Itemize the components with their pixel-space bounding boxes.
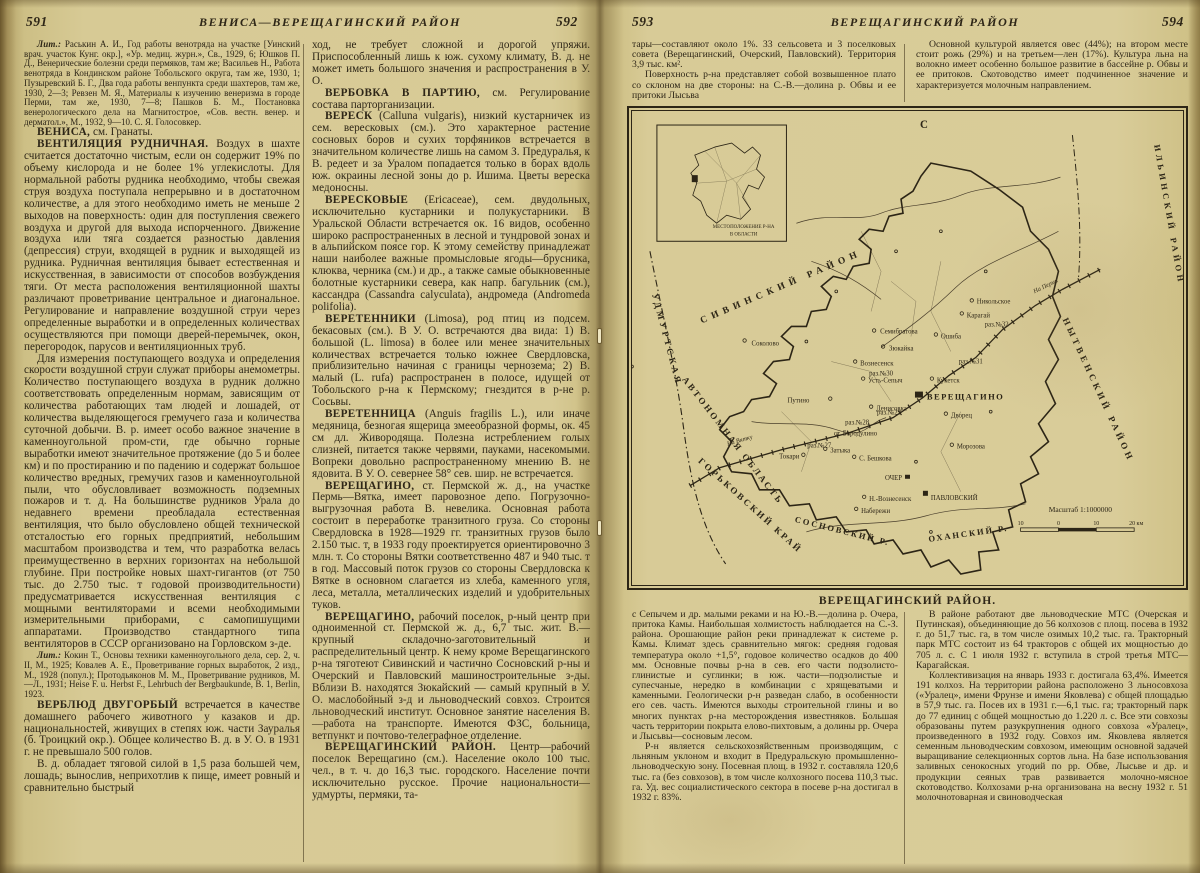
scale-label: Масштаб 1:1000000 [1049, 505, 1113, 514]
inset-map: МЕСТОПОЛОЖЕНИЕ Р-НА В ОБЛАСТИ [657, 125, 787, 241]
column-number-591: 591 [26, 14, 48, 30]
station-marker-vereshchagino [915, 392, 923, 398]
column-number-593: 593 [632, 14, 654, 30]
map-label-settlement: Усть-Сепыч [868, 378, 903, 385]
paragraph-literature: Лит.: Раськин А. И., Год работы венотряд… [24, 40, 300, 127]
entry-vereshchagino-station: ВЕРЕЩАГИНО, ст. Пермской ж. д., на участ… [312, 481, 590, 612]
map-label-settlement: Семибратова [880, 328, 918, 335]
map-label-settlement: ОЧЕР [885, 475, 902, 482]
entry-veretennitsa: ВЕРЕТЕННИЦА (Anguis fragilis L.), или ин… [312, 409, 590, 480]
map-label-settlement: Токари [779, 454, 800, 461]
page-edge-left [0, 0, 16, 873]
paragraph-literature: Лит.: Кокин Т., Основы техники каменноуг… [24, 651, 300, 700]
map-label-settlement: Соколово [752, 340, 780, 347]
map-label-settlement: Кукетск [937, 378, 961, 385]
map-label-siding: раз.№31 [959, 359, 983, 366]
inset-caption: В ОБЛАСТИ [730, 232, 758, 237]
page-edge-top [0, 0, 1200, 8]
entry-vereshchagino-settlement: ВЕРЕЩАГИНО, рабочий поселок, р-ный центр… [312, 612, 590, 743]
map-label-settlement: Путино [788, 398, 810, 405]
entry-vereskovye: ВЕРЕСКОВЫЕ (Ericaceae), сем. двудольных,… [312, 195, 590, 314]
map-label-settlement: Дворец [951, 413, 973, 420]
map-inner-frame: С [631, 110, 1184, 586]
paragraph: Коллективизация на январь 1933 г. достиг… [916, 671, 1188, 803]
map-label-settlement: ВЕРЕЩАГИНО [927, 392, 1004, 402]
north-indicator: С [920, 119, 928, 131]
paragraph-continuation: с Сепычем и др. малыми реками и на Ю.-В.… [632, 610, 898, 742]
map-label-siding: раз.№28 [845, 420, 870, 427]
column-divider [303, 44, 304, 862]
paragraph: В. д. обладает тяговой силой в 1,5 раза … [24, 759, 300, 795]
map-label-settlement: ст. Бородулино [834, 431, 878, 438]
column-divider [904, 44, 905, 102]
map-label-settlement: Набережи [861, 508, 890, 515]
map-caption: ВЕРЕЩАГИНСКИЙ РАЙОН. [627, 595, 1188, 607]
map-label-settlement: С. Бешкова [859, 456, 891, 463]
column-divider [904, 612, 905, 864]
page-header-title-left: ВЕНИСА—ВЕРЕЩАГИНСКИЙ РАЙОН [120, 15, 540, 30]
page-header-title-right: ВЕРЕЩАГИНСКИЙ РАЙОН [760, 15, 1090, 30]
scale-tick: 10 [1018, 521, 1024, 527]
scale-bar: Масштаб 1:1000000 10 0 10 20 км [1018, 505, 1144, 532]
map-label-siding: раз.№32 [985, 321, 1010, 328]
scale-tick: 10 [1093, 521, 1099, 527]
column-594-bottom: В районе работают две льноводческие МТС … [916, 610, 1188, 868]
entry-veretenniki: ВЕРЕТЕННИКИ (Limosa), род птиц из подсем… [312, 314, 590, 409]
map-label-region: ОХАНСКИЙ Р. [928, 523, 1009, 544]
column-592: ход, не требует сложной и дорогой упряжи… [312, 40, 590, 866]
region-boundary-line [1072, 135, 1079, 279]
paragraph: Для измерения поступающего воздуха и опр… [24, 354, 300, 652]
map-label-settlement: Н.-Вознесенск [869, 496, 912, 503]
scale-tick: 20 км [1129, 521, 1143, 527]
paragraph: В районе работают две льноводческие МТС … [916, 610, 1188, 671]
map-label-siding: раз.№30 [869, 371, 894, 378]
paragraph: Поверхность р-на представляет собой возв… [632, 70, 896, 100]
column-593-bottom: с Сепычем и др. малыми реками и на Ю.-В.… [632, 610, 898, 868]
scale-tick: 0 [1057, 521, 1060, 527]
map-label-siding: раз.№27 [807, 443, 832, 450]
map-label-region: УДМУРТСКАЯ [650, 292, 684, 386]
map-label-settlement: ПАВЛОВСКИЙ [931, 494, 978, 502]
column-number-594: 594 [1162, 14, 1184, 30]
column-number-592: 592 [556, 14, 578, 30]
map-label-region: НЫТВЕНСКИЙ РАЙОН [1061, 316, 1137, 464]
map-label-region: СОСНОВСКИЙ Р. [794, 514, 891, 547]
column-594-top: Основной культурой является овес (44%); … [916, 40, 1188, 104]
map-label-settlement: Морозова [957, 444, 985, 451]
entry-veresk: ВЕРЕСК (Calluna vulgaris), низкий кустар… [312, 111, 590, 194]
column-591: Лит.: Раськин А. И., Год работы венотряд… [24, 40, 300, 866]
column-593-top: тары—составляют около 1%. 33 сельсовета … [632, 40, 896, 104]
inset-caption: МЕСТОПОЛОЖЕНИЕ Р-НА [713, 225, 775, 230]
map-label-settlement: Вознесенск [860, 361, 894, 368]
entry-verbovka-v-partiyu: ВЕРБОВКА В ПАРТИЮ, см. Регулирование сос… [312, 88, 590, 112]
binding-stitch [597, 328, 602, 344]
district-map: С [632, 111, 1183, 585]
map-label-settlement: Зюкайка [889, 345, 913, 352]
page-edge-right [1188, 0, 1200, 873]
map-label-settlement: Затыка [830, 448, 850, 455]
paragraph-continuation: ход, не требует сложной и дорогой упряжи… [312, 40, 590, 88]
entry-ventilyaciya-rudnichnaya: ВЕНТИЛЯЦИЯ РУДНИЧНАЯ. Воздух в шахте счи… [24, 139, 300, 353]
binding-stitch [597, 520, 602, 536]
paragraph: Основной культурой является овес (44%); … [916, 40, 1188, 91]
district-map-figure: С [627, 106, 1188, 590]
entry-vereshchaginsky-rayon: ВЕРЕЩАГИНСКИЙ РАЙОН. Центр—рабочий посел… [312, 742, 590, 802]
map-label-settlement: Карагай [967, 312, 991, 319]
map-label-region: СИВИНСКИЙ РАЙОН [698, 247, 863, 327]
paragraph: Р-н является сельскохозяйственным произв… [632, 742, 898, 803]
map-label-settlement: Ошиба [941, 333, 961, 340]
entry-verblyud-dvugorbyj: ВЕРБЛЮД ДВУГОРБЫЙ встречается в качестве… [24, 700, 300, 760]
map-label-settlement: Никольское [977, 298, 1011, 305]
book-spread: 591 ВЕНИСА—ВЕРЕЩАГИНСКИЙ РАЙОН 592 Лит.:… [0, 0, 1200, 873]
paragraph-continuation: тары—составляют около 1%. 33 сельсовета … [632, 40, 896, 70]
map-label-region: ИЛЬИНСКИЙ РАЙОН [1152, 144, 1183, 286]
map-label-siding: раз.№29 [877, 410, 902, 417]
inset-district-marker [692, 175, 698, 182]
